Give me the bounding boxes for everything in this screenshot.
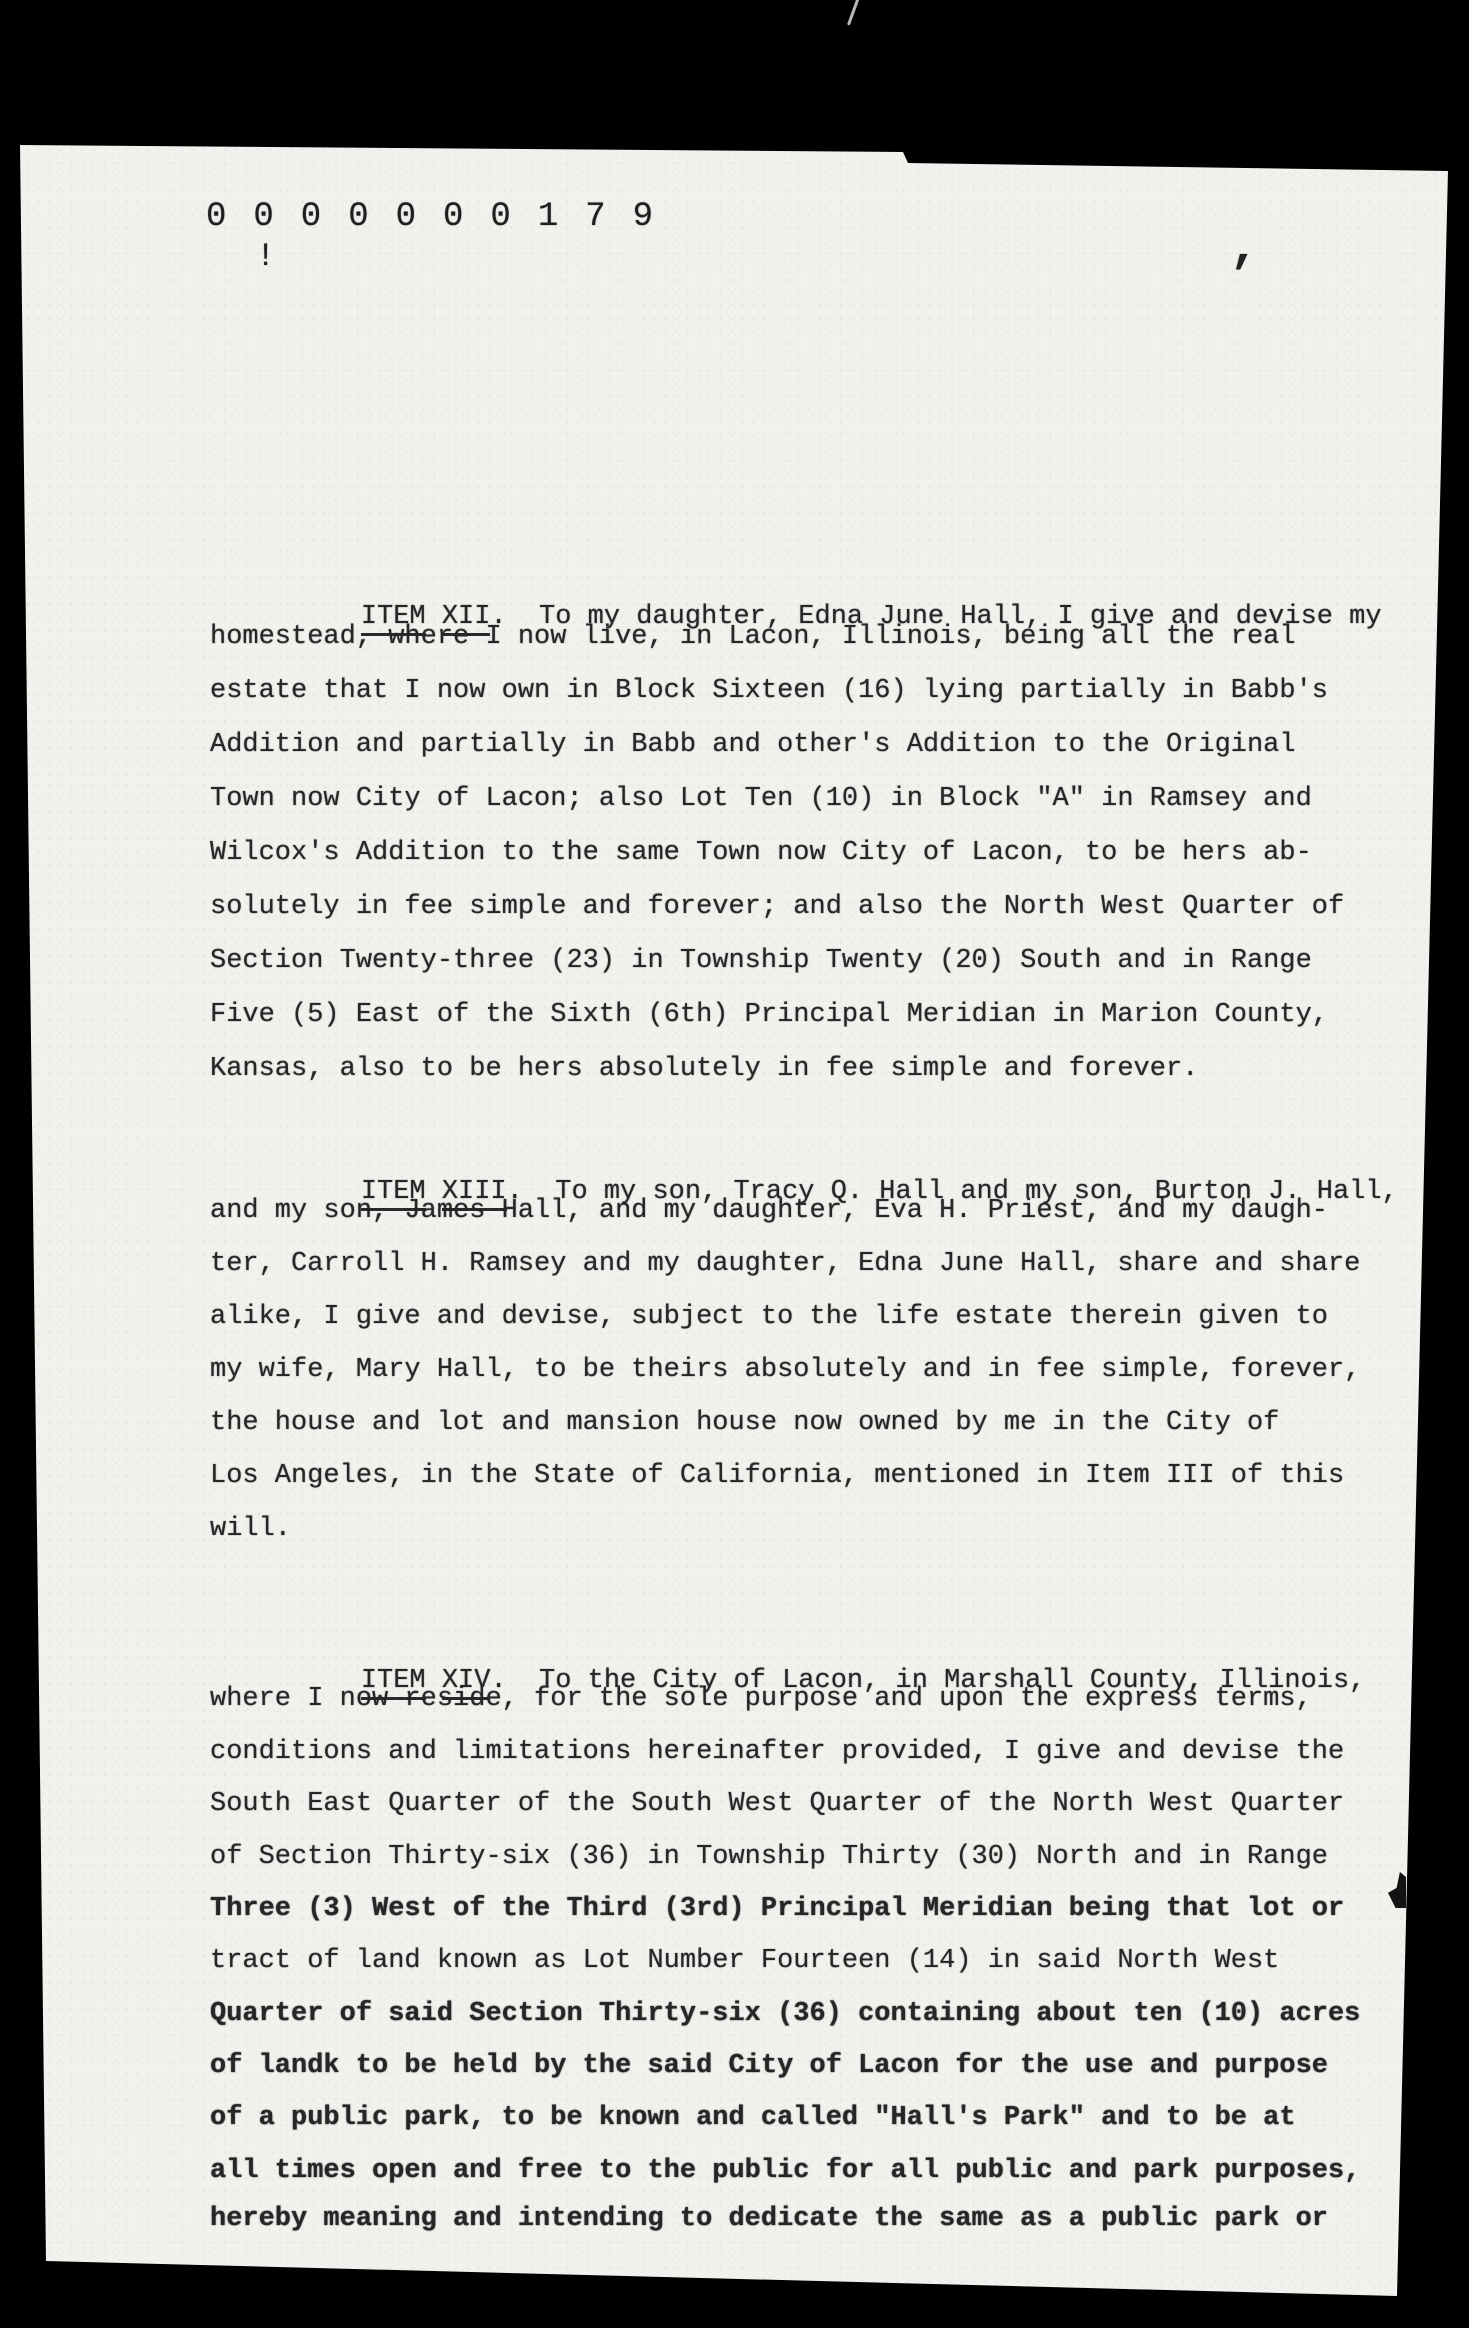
text-line: will. — [210, 1512, 291, 1546]
text-line: where I now reside, for the sole purpose… — [210, 1682, 1312, 1716]
text-line: all times open and free to the public fo… — [210, 2154, 1360, 2188]
text-line: conditions and limitations hereinafter p… — [210, 1735, 1344, 1769]
text-line: of landk to be held by the said City of … — [210, 2049, 1328, 2083]
text-line: and my son, James Hall, and my daughter,… — [210, 1194, 1328, 1228]
item14-heading-line: ITEM XIV. To the City of Lacon, in Marsh… — [296, 1630, 1365, 1732]
text-line: Section Twenty-three (23) in Township Tw… — [210, 944, 1312, 978]
text-line: Three (3) West of the Third (3rd) Princi… — [210, 1892, 1344, 1926]
text-line: the house and lot and mansion house now … — [210, 1406, 1279, 1440]
text-line: homestead, where I now live, in Lacon, I… — [210, 620, 1296, 654]
text-line: alike, I give and devise, subject to the… — [210, 1300, 1328, 1334]
text-line: of Section Thirty-six (36) in Township T… — [210, 1840, 1328, 1874]
text-line: Addition and partially in Babb and other… — [210, 728, 1296, 762]
text-line: hereby meaning and intending to dedicate… — [210, 2202, 1328, 2236]
ink-artifact: ! — [256, 238, 275, 275]
ink-artifact: , — [1230, 222, 1259, 276]
text-line: South East Quarter of the South West Qua… — [210, 1787, 1344, 1821]
scratch-mark — [847, 0, 860, 26]
text-line: Quarter of said Section Thirty-six (36) … — [210, 1997, 1360, 2031]
text-line: solutely in fee simple and forever; and … — [210, 890, 1344, 924]
scanned-document: { "doc": { "serial": "0000000179", "item… — [0, 0, 1469, 2328]
text-line: my wife, Mary Hall, to be theirs absolut… — [210, 1353, 1360, 1387]
text-line: Five (5) East of the Sixth (6th) Princip… — [210, 998, 1328, 1032]
text-line: estate that I now own in Block Sixteen (… — [210, 674, 1328, 708]
text-line: of a public park, to be known and called… — [210, 2101, 1296, 2135]
paper-page: 0000000179 ! , ITEM XII. To my daughter,… — [0, 0, 1469, 2328]
text-line: Wilcox's Addition to the same Town now C… — [210, 836, 1312, 870]
text-line: Town now City of Lacon; also Lot Ten (10… — [210, 782, 1312, 816]
text-line: Los Angeles, in the State of California,… — [210, 1459, 1344, 1493]
text-line: Kansas, also to be hers absolutely in fe… — [210, 1052, 1198, 1086]
text-line: tract of land known as Lot Number Fourte… — [210, 1944, 1279, 1978]
text-line: ter, Carroll H. Ramsey and my daughter, … — [210, 1247, 1360, 1281]
page-serial-number: 0000000179 — [206, 198, 680, 236]
scan-edge-blotch — [1388, 1872, 1406, 1908]
